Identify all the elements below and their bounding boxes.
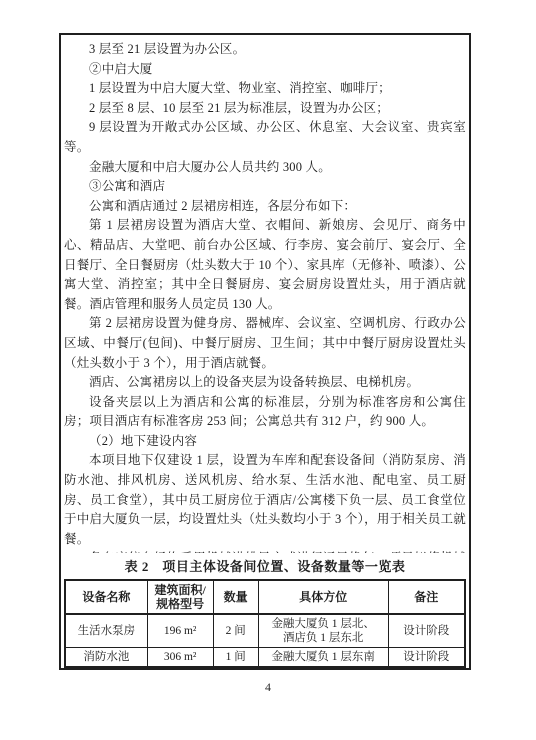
- paragraph: ③公寓和酒店: [64, 177, 466, 197]
- paragraph: 本项目地下仅建设 1 层，设置为车库和配套设备间（消防泵房、消防水池、排风机房、…: [64, 451, 466, 549]
- paragraph: 公寓和酒店通过 2 层裙房相连，各层分布如下：: [64, 197, 466, 217]
- table-header-row: 设备名称建筑面积/规格型号数量具体方位备注: [65, 580, 465, 614]
- paragraph: 设备夹层以上为酒店和公寓的标准层，分别为标准客房和公寓住房；项目酒店有标准客房 …: [64, 393, 466, 432]
- column-header: 设备名称: [65, 580, 147, 614]
- paragraph: ②中启大厦: [64, 60, 466, 80]
- paragraph: 酒店、公寓裙房以上的设备夹层为设备转换层、电梯机房。: [64, 373, 466, 393]
- table-cell: 设计阶段: [388, 648, 465, 668]
- table-cell: 金融大厦负 1 层东南: [258, 648, 388, 668]
- paragraph: （2）地下建设内容: [64, 432, 466, 452]
- paragraph: 1 层设置为中启大厦大堂、物业室、消控室、咖啡厅；: [64, 79, 466, 99]
- paragraph: 金融大厦和中启大厦办公人员共约 300 人。: [64, 158, 466, 178]
- table-caption: 表 2 项目主体设备间位置、设备数量等一览表: [64, 556, 466, 575]
- column-header: 备注: [388, 580, 465, 614]
- paragraph: 9 层设置为开敞式办公区域、办公区、休息室、大会议室、贵宾室等。: [64, 118, 466, 157]
- page-border-frame: 3 层至 21 层设置为办公区。②中启大厦1 层设置为中启大厦大堂、物业室、消控…: [59, 33, 471, 670]
- table-cell: 1 间: [213, 648, 258, 668]
- page-number: 4: [0, 680, 536, 695]
- column-header: 数量: [213, 580, 258, 614]
- paragraph: 第 1 层裙房设置为酒店大堂、衣帽间、新娘房、会见厅、商务中心、精品店、大堂吧、…: [64, 216, 466, 314]
- paragraph: 第 2 层裙房设置为健身房、器械库、会议室、空调机房、行政办公区域、中餐厅(包间…: [64, 314, 466, 373]
- table-cell: 设计阶段: [388, 614, 465, 648]
- body-text: 3 层至 21 层设置为办公区。②中启大厦1 层设置为中启大厦大堂、物业室、消控…: [64, 40, 466, 553]
- table-block: 表 2 项目主体设备间位置、设备数量等一览表 设备名称建筑面积/规格型号数量具体…: [64, 553, 466, 668]
- table-row: 消防水池306 m²1 间金融大厦负 1 层东南设计阶段: [65, 648, 465, 668]
- paragraph: 2 层至 8 层、10 层至 21 层为标准层，设置为办公区；: [64, 99, 466, 119]
- table-cell: 消防水池: [65, 648, 147, 668]
- table-body: 生活水泵房196 m²2 间金融大厦负 1 层北、 酒店负 1 层东北设计阶段消…: [65, 614, 465, 667]
- table-cell: 306 m²: [147, 648, 213, 668]
- table-row: 生活水泵房196 m²2 间金融大厦负 1 层北、 酒店负 1 层东北设计阶段: [65, 614, 465, 648]
- table-cell: 196 m²: [147, 614, 213, 648]
- column-header: 建筑面积/规格型号: [147, 580, 213, 614]
- column-header: 具体方位: [258, 580, 388, 614]
- paragraph: 3 层至 21 层设置为办公区。: [64, 40, 466, 60]
- device-table: 设备名称建筑面积/规格型号数量具体方位备注 生活水泵房196 m²2 间金融大厦…: [64, 579, 466, 668]
- document-page: 3 层至 21 层设置为办公区。②中启大厦1 层设置为中启大厦大堂、物业室、消控…: [0, 0, 536, 740]
- table-cell: 2 间: [213, 614, 258, 648]
- table-cell: 金融大厦负 1 层北、 酒店负 1 层东北: [258, 614, 388, 648]
- table-cell: 生活水泵房: [65, 614, 147, 648]
